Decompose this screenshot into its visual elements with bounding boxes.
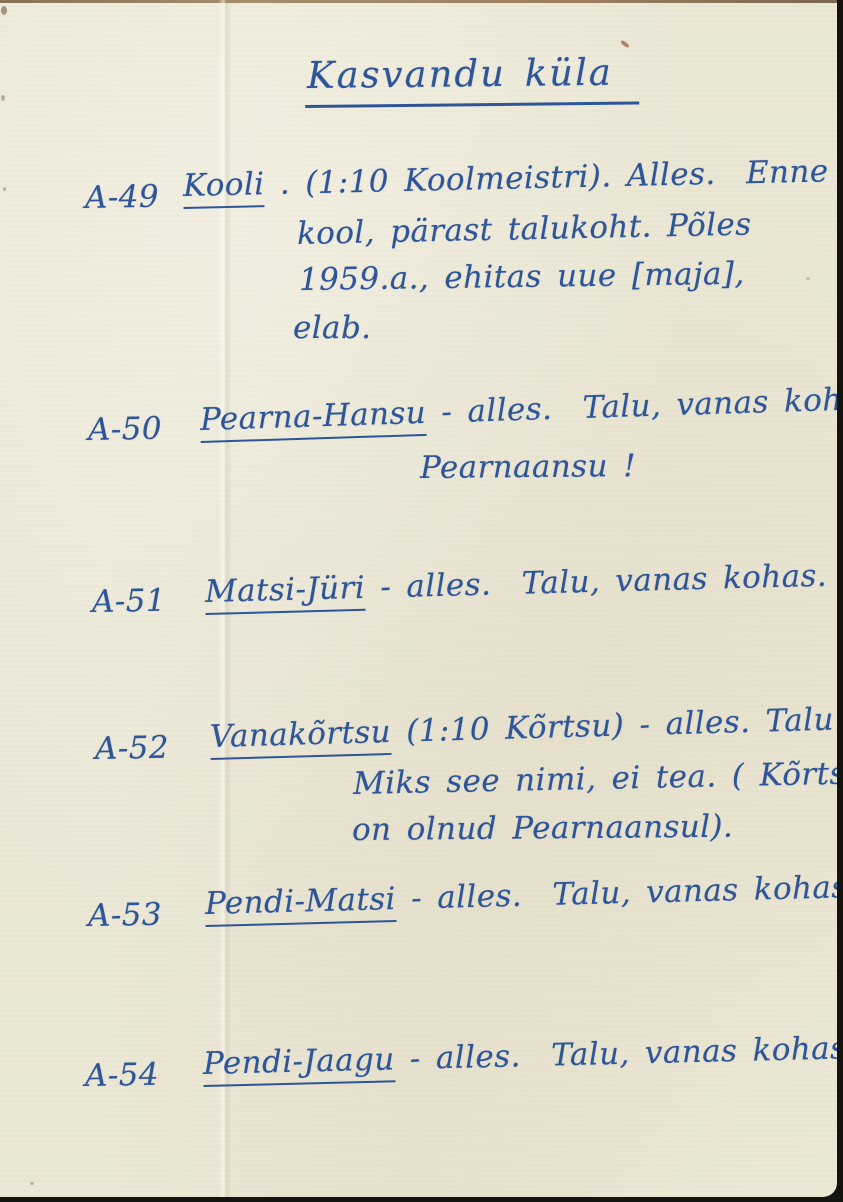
entry-note-line: 1959.a., ehitas uue [maja], [299,256,745,298]
entry-line: Kooli . (1:10 Koolmeistri). Alles. Enne … [183,152,837,204]
paper-speck [806,277,810,280]
farm-name: Pendi-Jaagu [203,1041,396,1087]
farm-name: Kooli [183,166,265,209]
entry-note-line: kool, pärast talukoht. Põles [297,206,752,252]
farm-name: Matsi-Jüri [205,570,366,615]
entry-label: A-53 [88,897,163,934]
entry-note: . (1:10 Koolmeistri). Alles. Enne oli [264,152,837,202]
scanned-document: Kasvandu küla A-49 Kooli . (1:10 Koolmei… [0,0,843,1202]
entry-note: - alles. Talu, vanas kohas. [426,380,837,430]
entry-label: A-52 [95,730,170,767]
entry-label: A-51 [92,583,167,620]
entry-note: - alles. Talu, vanas kohas. [365,558,828,606]
paper-speck [30,1182,34,1185]
entry-note-line: on olnud Pearnaansul). [352,809,734,848]
paper-speck [1,6,7,15]
entry-line: Pendi-Matsi - alles. Talu, vanas kohas . [205,869,837,922]
entry-label: A-49 [85,179,160,216]
page-title: Kasvandu küla [305,51,639,108]
entry-note-line: elab. [293,310,371,346]
entry-line: Matsi-Jüri - alles. Talu, vanas kohas. [205,558,828,610]
paper-speck [620,39,630,48]
paper-speck [1,95,5,101]
entry-line: Pearna-Hansu - alles. Talu, vanas kohas. [199,380,837,438]
farm-name: Pendi-Matsi [205,881,397,927]
entry-note: - alles. Talu, vanas kohas . [395,869,837,917]
farm-name: Vanakõrtsu [209,714,391,760]
entry-line: Pendi-Jaagu - alles. Talu, vanas kohas [203,1030,837,1082]
farm-name: Pearna-Hansu [199,395,426,443]
entry-label: A-50 [88,411,163,448]
entry-line: Vanakõrtsu (1:10 Kõrtsu) - alles. Talu. [209,701,837,755]
manuscript-page: Kasvandu küla A-49 Kooli . (1:10 Koolmei… [0,0,837,1197]
paper-speck [3,187,6,191]
page-top-edge [0,0,837,3]
entry-note-line: Miks see nimi, ei tea. ( Kõrts [353,756,837,802]
entry-label: A-54 [85,1057,160,1094]
entry-note: (1:10 Kõrtsu) - alles. Talu. [391,701,837,750]
entry-note-line: Pearnaansu ! [420,448,636,486]
entry-note: - alles. Talu, vanas kohas [394,1030,837,1077]
